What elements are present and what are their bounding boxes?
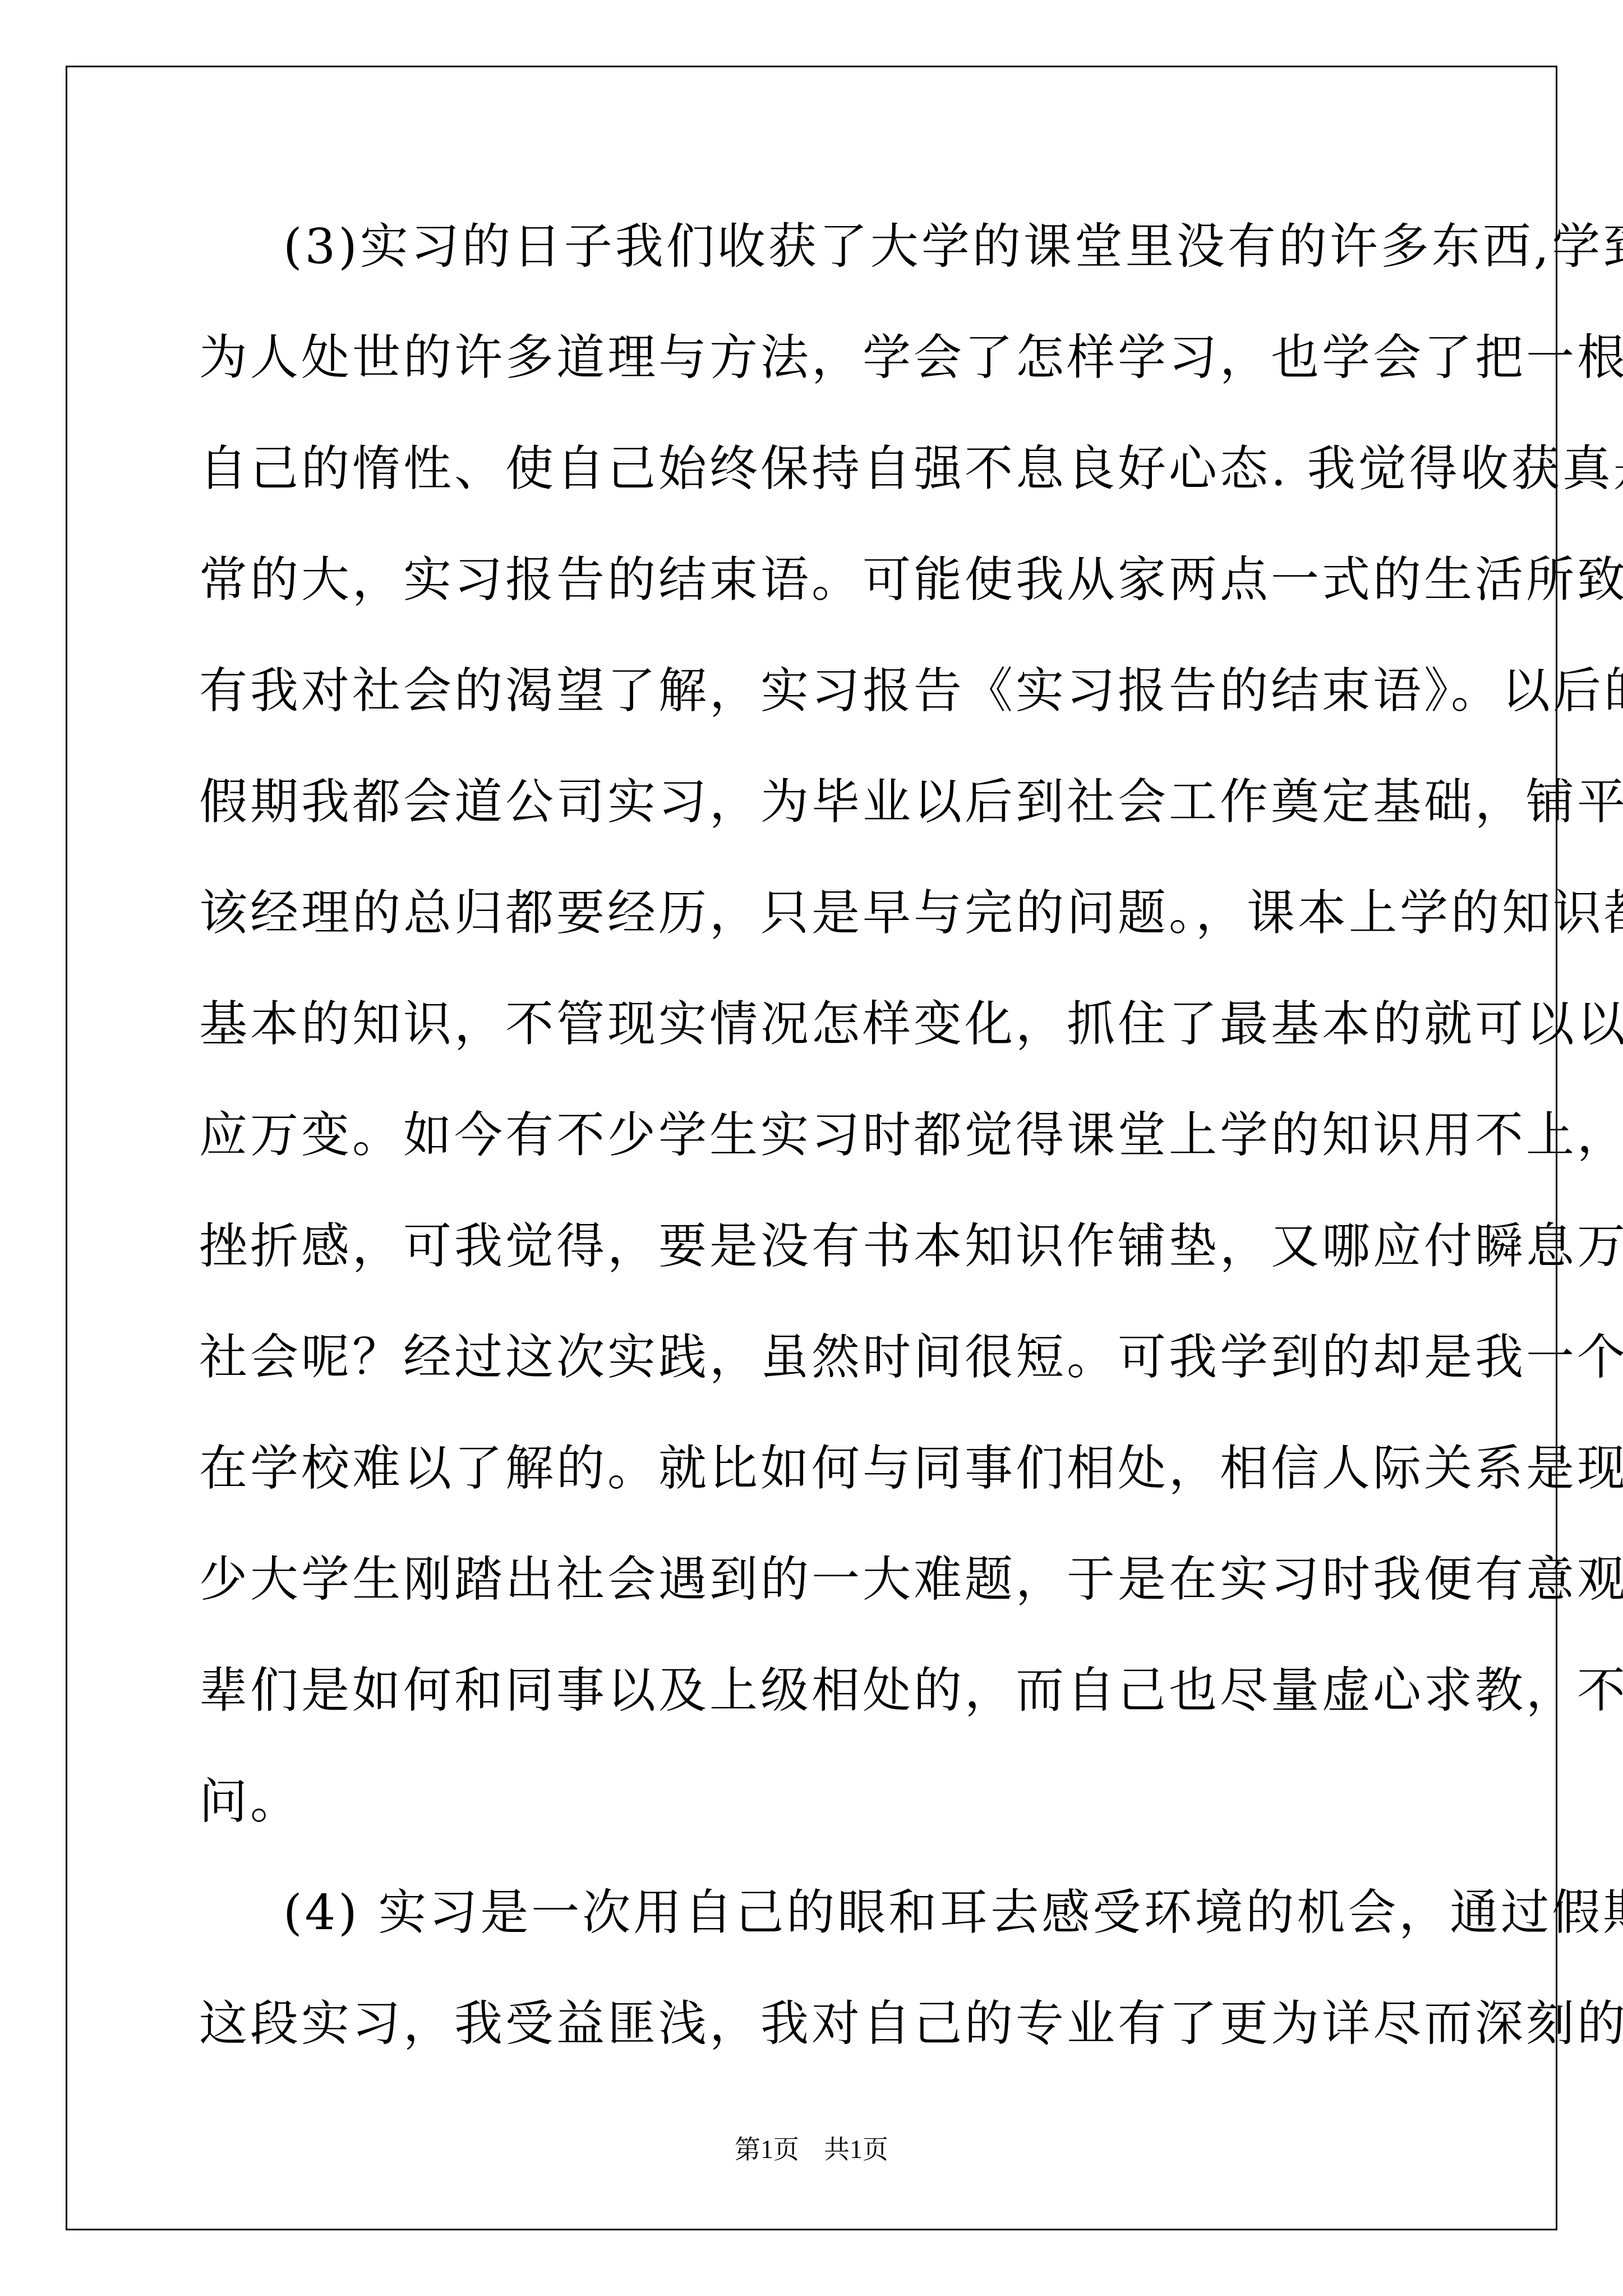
text-line: 社会呢？经过这次实践，虽然时间很短。可我学到的却是我一个学期 [199,1324,1433,1435]
document-body: (3)实习的日子我们收获了大学的课堂里没有的许多东西,学到了 为人处世的许多道理… [199,213,1433,2101]
page-footer: 第1页共1页 [0,2129,1623,2166]
text-line: (4) 实习是一次用自己的眼和耳去感受环境的机会，通过假期的 [199,1879,1433,1990]
text-line: 少大学生刚踏出社会遇到的一大难题，于是在实习时我便有意观察前 [199,1546,1433,1657]
text-line: 有我对社会的渴望了解，实习报告《实习报告的结束语》。以后的每个 [199,657,1433,769]
text-line: 基本的知识，不管现实情况怎样变化，抓住了最基本的就可以以不变 [199,991,1433,1102]
text-line: 在学校难以了解的。就比如何与同事们相处，相信人际关系是现今不 [199,1435,1433,1546]
text-line: 挫折感，可我觉得，要是没有书本知识作铺垫，又哪应付瞬息万变的 [199,1213,1433,1324]
text-line: 问。 [199,1768,1433,1879]
text-line: 为人处世的许多道理与方法，学会了怎样学习，也学会了把一根警醒 [199,324,1433,435]
text-line: 假期我都会道公司实习，为毕业以后到社会工作奠定基础，铺平道路。 [199,769,1433,880]
page-number-total: 共1页 [824,2135,888,2164]
text-line: 这段实习，我受益匪浅，我对自己的专业有了更为详尽而深刻的了解， [199,1990,1433,2101]
text-line: 应万变。如今有不少学生实习时都觉得课堂上学的知识用不上，出现 [199,1102,1433,1213]
page-number-current: 第1页 [735,2135,799,2164]
text-line: (3)实习的日子我们收获了大学的课堂里没有的许多东西,学到了 [199,213,1433,324]
text-line: 常的大，实习报告的结束语。可能使我从家两点一式的生活所致，还 [199,546,1433,657]
text-line: 辈们是如何和同事以及上级相处的，而自己也尽量虚心求教，不耻下 [199,1657,1433,1768]
text-line: 自己的惰性、使自己始终保持自强不息良好心态. 我觉得收获真是非 [199,435,1433,546]
text-line: 该经理的总归都要经历，只是早与完的问题。，课本上学的知识都是最 [199,880,1433,991]
